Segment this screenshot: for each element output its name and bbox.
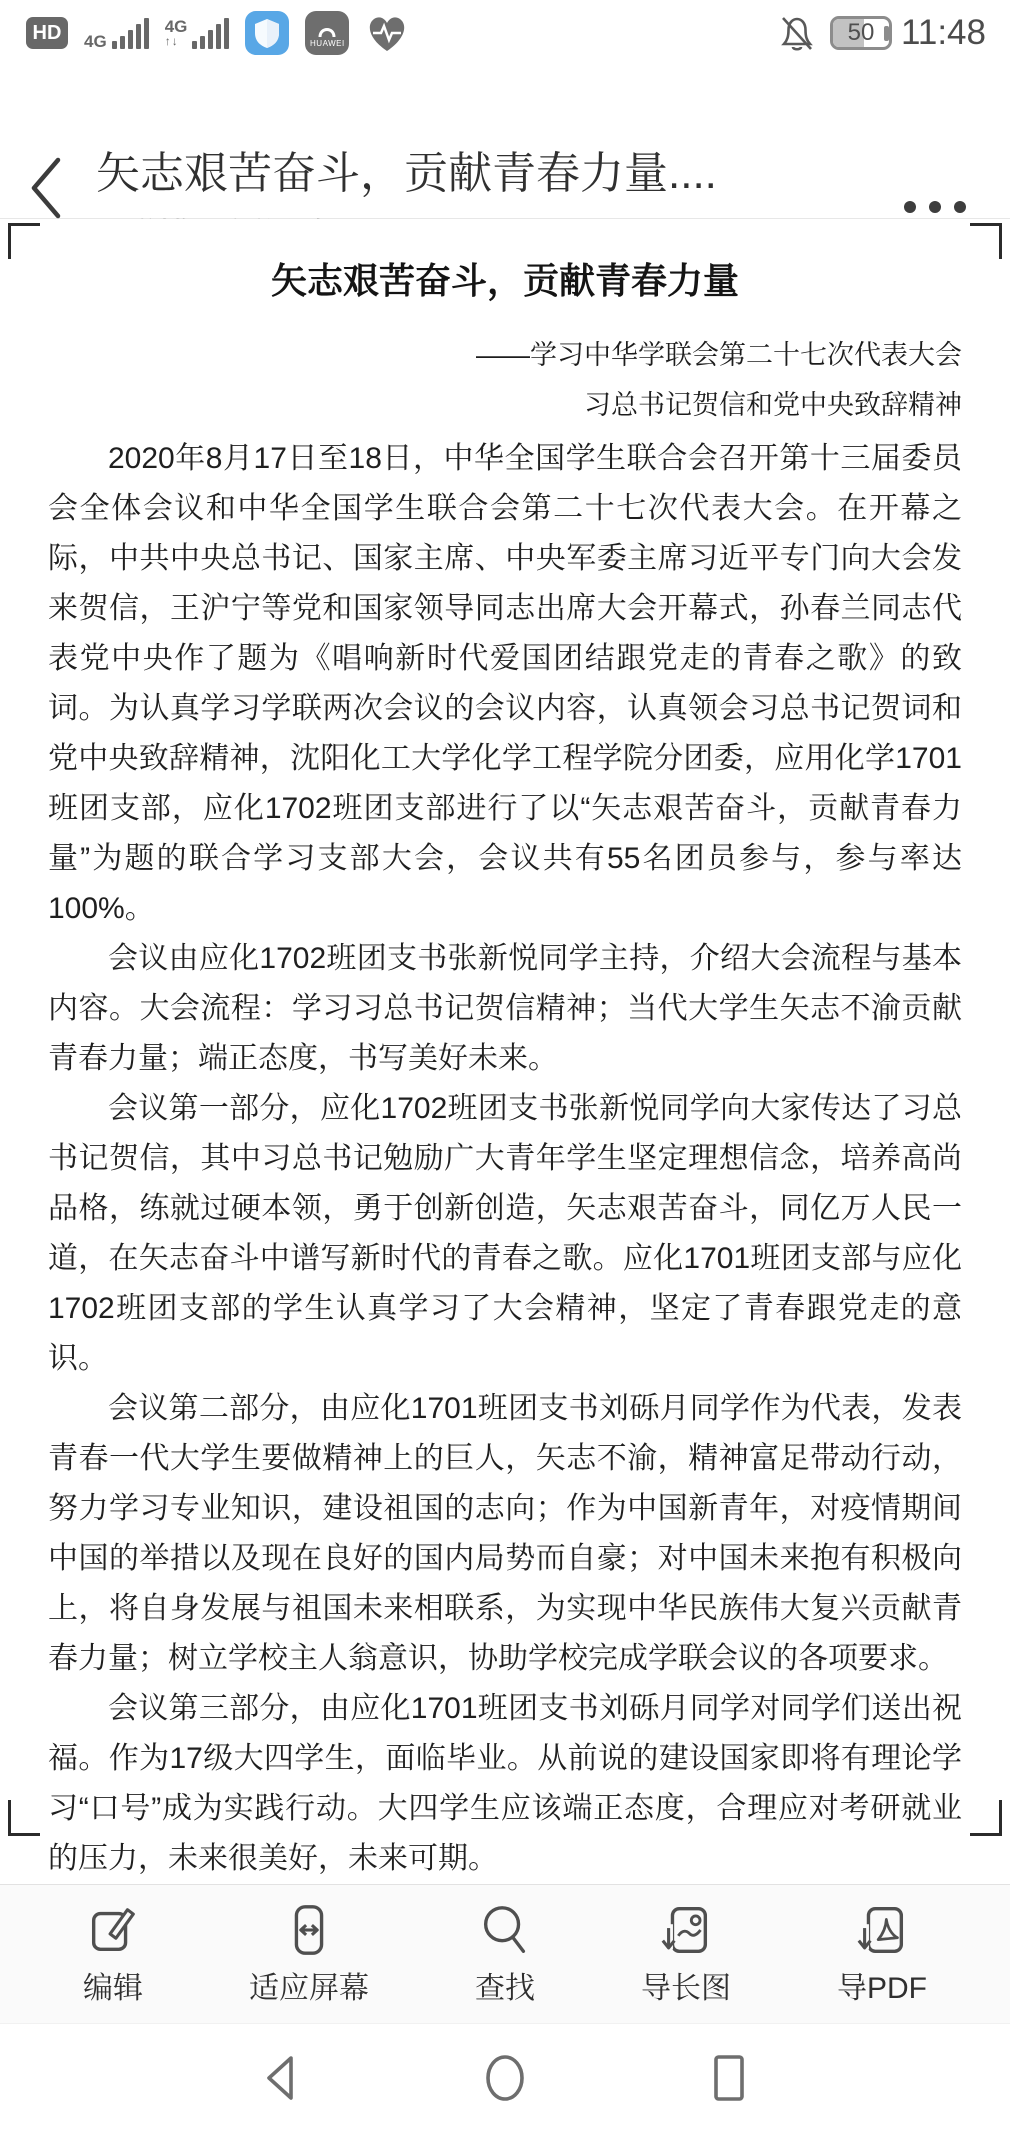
recents-icon[interactable] bbox=[705, 2052, 753, 2104]
battery-level: 50 bbox=[848, 19, 875, 47]
document-body: 2020年8月17日至18日，中华全国学生联合会召开第十三届委员会全体会议和中华… bbox=[48, 434, 962, 1884]
bottom-toolbar: 编辑 适应屏幕 查找 bbox=[0, 1884, 1010, 2022]
paragraph: 2020年8月17日至18日，中华全国学生联合会召开第十三届委员会全体会议和中华… bbox=[48, 434, 962, 934]
paragraph: 会议第二部分，由应化1701班团支书刘砾月同学作为代表，发表青春一代大学生要做精… bbox=[48, 1384, 962, 1684]
signal-bars-icon bbox=[192, 18, 229, 49]
notifications-muted-bell-icon bbox=[776, 11, 818, 55]
page-corner-mark bbox=[970, 1800, 1002, 1836]
export-pdf-icon bbox=[853, 1901, 911, 1959]
edit-button[interactable]: 编辑 bbox=[83, 1901, 143, 2007]
fit-screen-button[interactable]: 适应屏幕 bbox=[249, 1901, 369, 2007]
back-icon[interactable] bbox=[257, 2052, 305, 2104]
sim1-label: 4G bbox=[84, 34, 107, 49]
paragraph: 会议第一部分，应化1702班团支书张新悦同学向大家传达了习总书记贺信，其中习总书… bbox=[48, 1084, 962, 1384]
health-heart-icon bbox=[365, 11, 409, 55]
page-corner-mark bbox=[8, 223, 40, 259]
battery-icon: 50 bbox=[830, 16, 892, 50]
more-dots-icon bbox=[904, 201, 916, 213]
clock: 11:48 bbox=[901, 13, 986, 53]
more-menu-button[interactable] bbox=[904, 201, 966, 213]
tool-label: 导长图 bbox=[641, 1963, 731, 2007]
export-long-image-icon bbox=[657, 1901, 715, 1959]
document-byline-1: ——学习中华学联会第二十七次代表大会 bbox=[48, 330, 962, 380]
huawei-label: HUAWEI bbox=[310, 39, 345, 48]
chevron-left-icon bbox=[26, 155, 66, 221]
paragraph: 会议第三部分，由应化1701班团支书刘砾月同学对同学们送出祝福。作为17级大四学… bbox=[48, 1684, 962, 1884]
document-page[interactable]: 矢志艰苦奋斗，贡献青春力量 ——学习中华学联会第二十七次代表大会 习总书记贺信和… bbox=[0, 219, 1010, 1884]
phone-screen: HD 4G 4G↑↓ HUAWEI bbox=[0, 0, 1010, 2132]
more-dots-icon bbox=[929, 201, 941, 213]
signal-bars-icon bbox=[112, 18, 149, 49]
tool-label: 导PDF bbox=[837, 1963, 927, 2007]
paragraph: 会议由应化1702班团支书张新悦同学主持，介绍大会流程与基本内容。大会流程：学习… bbox=[48, 934, 962, 1084]
android-nav-bar bbox=[0, 2023, 1010, 2132]
fit-screen-icon bbox=[280, 1901, 338, 1959]
signal-sim1-icon: 4G bbox=[84, 18, 149, 49]
back-button[interactable] bbox=[26, 153, 70, 223]
find-button[interactable]: 查找 bbox=[475, 1901, 535, 2007]
export-pdf-button[interactable]: 导PDF bbox=[837, 1901, 927, 2007]
status-bar-left: HD 4G 4G↑↓ HUAWEI bbox=[26, 11, 409, 55]
edit-icon bbox=[84, 1901, 142, 1959]
search-icon bbox=[476, 1901, 534, 1959]
app-header: 矢志艰苦奋斗，贡献青春力量.... QQ浏览器文件服务 bbox=[0, 61, 1010, 220]
status-bar: HD 4G 4G↑↓ HUAWEI bbox=[0, 0, 1010, 61]
document-byline-2: 习总书记贺信和党中央致辞精神 bbox=[48, 380, 962, 430]
page-corner-mark bbox=[8, 1800, 40, 1836]
sim2-label: 4G↑↓ bbox=[165, 19, 188, 49]
page-corner-mark bbox=[970, 223, 1002, 259]
huawei-appgallery-icon: HUAWEI bbox=[305, 11, 349, 55]
tool-label: 适应屏幕 bbox=[249, 1963, 369, 2007]
tool-label: 编辑 bbox=[83, 1963, 143, 2007]
document-content: 矢志艰苦奋斗，贡献青春力量 ——学习中华学联会第二十七次代表大会 习总书记贺信和… bbox=[0, 219, 1010, 1884]
page-title: 矢志艰苦奋斗，贡献青春力量.... bbox=[96, 137, 880, 201]
document-title: 矢志艰苦奋斗，贡献青春力量 bbox=[48, 253, 962, 304]
signal-sim2-icon: 4G↑↓ bbox=[165, 18, 230, 49]
tool-label: 查找 bbox=[475, 1963, 535, 2007]
security-shield-icon bbox=[245, 11, 289, 55]
home-icon[interactable] bbox=[481, 2052, 529, 2104]
more-dots-icon bbox=[954, 201, 966, 213]
status-bar-right: 50 11:48 bbox=[776, 11, 986, 55]
battery-indicator: 50 bbox=[830, 16, 889, 50]
export-long-image-button[interactable]: 导长图 bbox=[641, 1901, 731, 2007]
hd-indicator-icon: HD bbox=[26, 17, 68, 49]
